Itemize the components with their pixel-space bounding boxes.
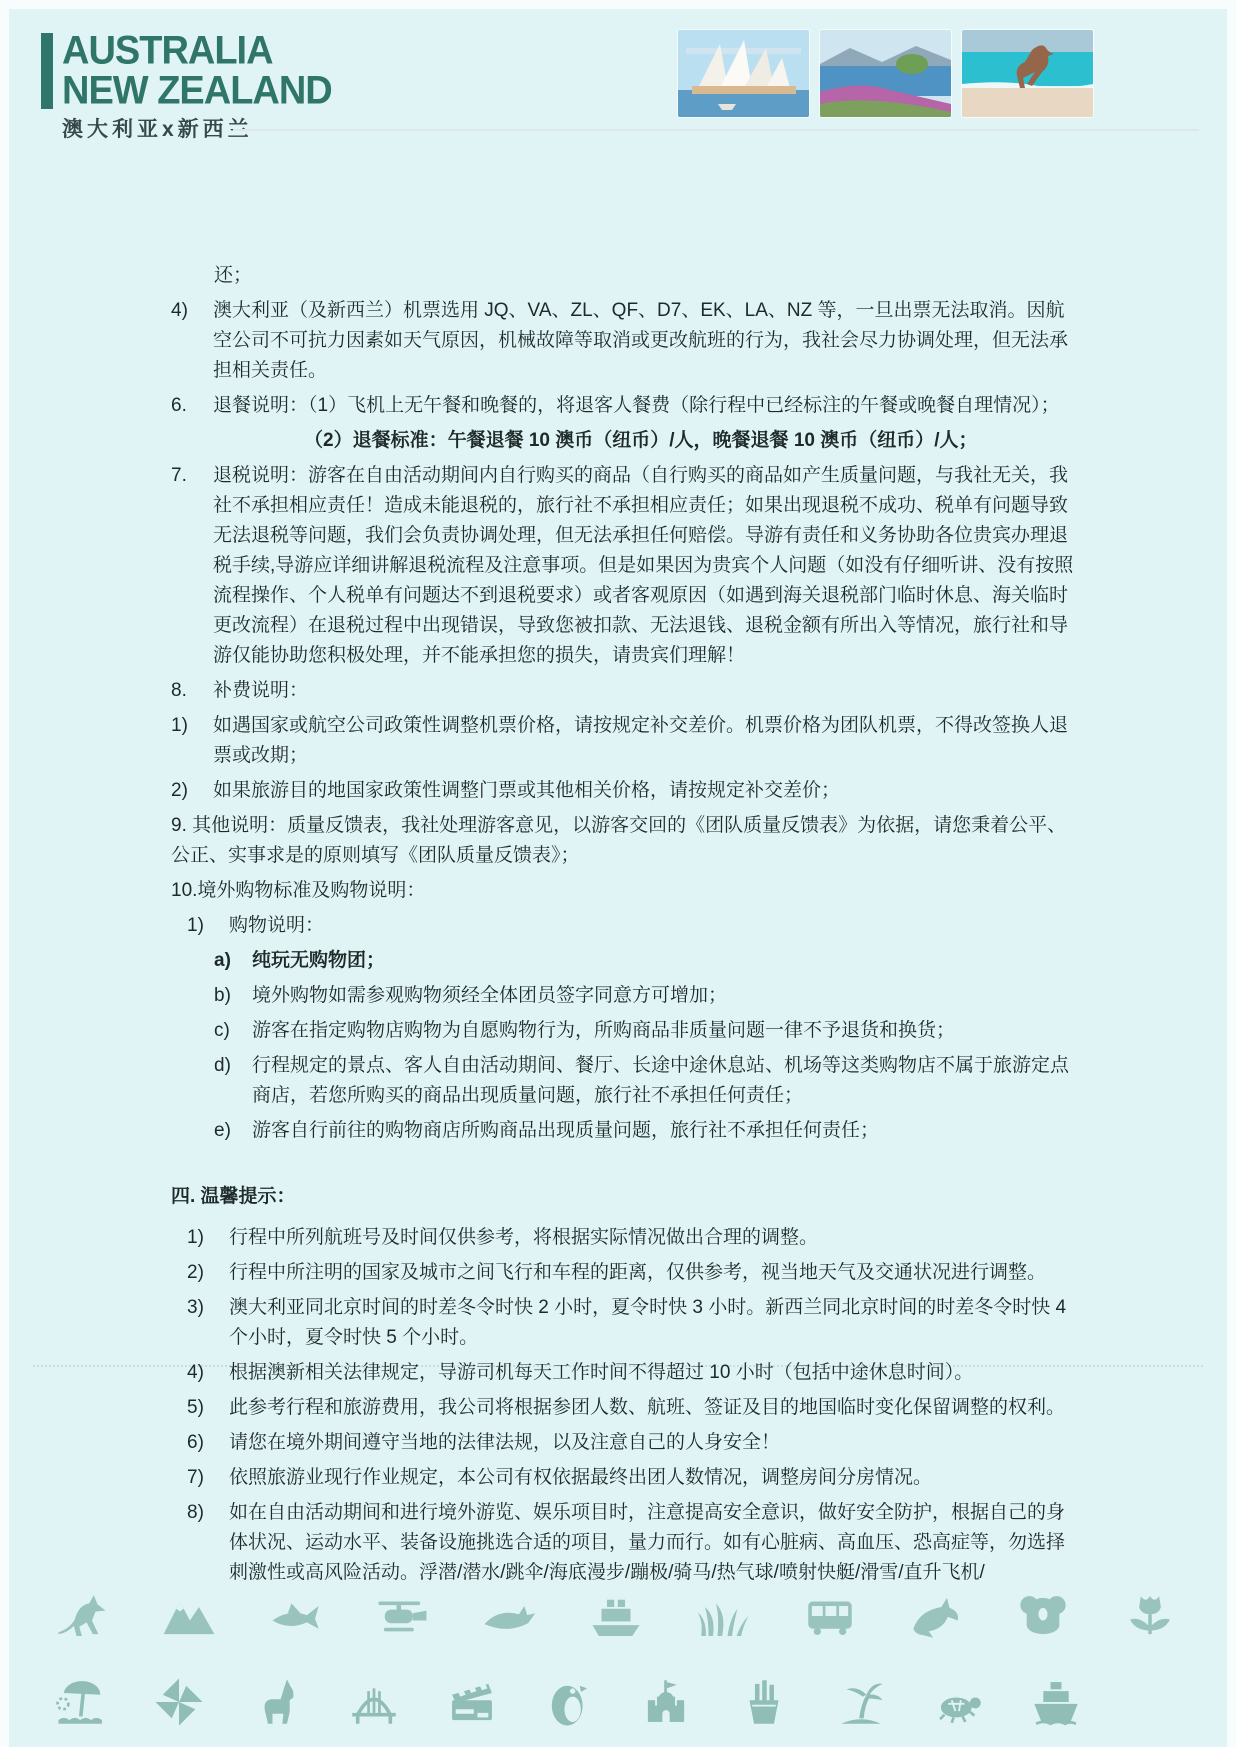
- castle-icon: [635, 1671, 697, 1733]
- penguin-icon: [538, 1671, 600, 1733]
- list-marker: 7.: [171, 461, 213, 671]
- bench-icon: [343, 1671, 405, 1733]
- list-text: 补费说明：: [213, 676, 1081, 706]
- list-text: 还；: [214, 261, 1081, 291]
- tips-list: 1)行程中所列航班号及时间仅供参考，将根据实际情况做出合理的调整。2)行程中所注…: [171, 1223, 1081, 1588]
- tips-section-title: 四. 温馨提示：: [171, 1182, 1081, 1212]
- list-marker: 2): [171, 776, 213, 806]
- terms-item-12: a)纯玩无购物团；: [171, 946, 1081, 976]
- list-marker: 2): [187, 1258, 229, 1288]
- terms-item-11: 1)购物说明：: [171, 911, 1081, 941]
- pinwheel-icon: [148, 1671, 210, 1733]
- list-marker: 3): [187, 1293, 229, 1353]
- document-page: AUSTRALIA NEW ZEALAND 澳大利亚x新西兰: [0, 0, 1236, 1747]
- terms-item-7: 1)如遇国家或航空公司政策性调整机票价格，请按规定补交差价。机票价格为团队机票，…: [171, 711, 1081, 771]
- tip-item-2: 2)行程中所注明的国家及城市之间飞行和车程的距离，仅供参考，视当地天气及交通状况…: [171, 1258, 1081, 1288]
- turtle-icon: [928, 1671, 990, 1733]
- list-marker: 7): [187, 1463, 229, 1493]
- terms-item-8: 2)如果旅游目的地国家政策性调整门票或其他相关价格，请按规定补交差价；: [171, 776, 1081, 806]
- footer-icon-row-2: [51, 1671, 1087, 1733]
- list-marker: a): [214, 946, 252, 976]
- clapperboard-icon: [441, 1671, 503, 1733]
- logo-line2: NEW ZEALAND: [62, 71, 332, 111]
- list-marker: 6): [187, 1428, 229, 1458]
- list-text: 如遇国家或航空公司政策性调整机票价格，请按规定补交差价。机票价格为团队机票，不得…: [213, 711, 1081, 771]
- document-body: 还；4)澳大利亚（及新西兰）机票选用 JQ、VA、ZL、QF、D7、EK、LA、…: [9, 261, 1227, 1593]
- terms-item-15: d)行程规定的景点、客人自由活动期间、餐厅、长途中途休息站、机场等这类购物店不属…: [171, 1051, 1081, 1111]
- list-text: 游客在指定购物店购物为自愿购物行为，所购商品非质量问题一律不予退货和换货；: [252, 1016, 1081, 1046]
- tip-item-5: 5)此参考行程和旅游费用，我公司将根据参团人数、航班、签证及目的地国临时变化保留…: [171, 1393, 1081, 1423]
- list-marker: e): [214, 1116, 252, 1146]
- terms-item-10: 10.境外购物标准及购物说明：: [171, 876, 1081, 906]
- list-text: （2）退餐标准：午餐退餐 10 澳币（纽币）/人，晚餐退餐 10 澳币（纽币）/…: [304, 426, 1081, 456]
- photo-kangaroo-on-beach: [962, 30, 1093, 117]
- tip-item-4: 4)根据澳新相关法律规定，导游司机每天工作时间不得超过 10 小时（包括中途休息…: [171, 1358, 1081, 1388]
- list-text: 退税说明：游客在自由活动期间内自行购买的商品（自行购买的商品如产生质量问题，与我…: [213, 461, 1081, 671]
- list-text: 行程规定的景点、客人自由活动期间、餐厅、长途中途休息站、机场等这类购物店不属于旅…: [252, 1051, 1081, 1111]
- kangaroo-icon: [51, 1585, 113, 1647]
- helicopter-icon: [371, 1585, 433, 1647]
- beach-umbrella-icon: [51, 1671, 113, 1733]
- list-text: 澳大利亚（及新西兰）机票选用 JQ、VA、ZL、QF、D7、EK、LA、NZ 等…: [213, 296, 1081, 386]
- list-marker: 5): [187, 1393, 229, 1423]
- header-photos: [678, 30, 1093, 117]
- terms-item-9: 9. 其他说明：质量反馈表，我社处理游客意见，以游客交回的《团队质量反馈表》为依…: [171, 811, 1081, 871]
- terms-item-3: 6.退餐说明：（1）飞机上无午餐和晚餐的，将退客人餐费（除行程中已经标注的午餐或…: [171, 391, 1081, 421]
- list-marker: d): [214, 1051, 252, 1111]
- list-text: 纯玩无购物团；: [252, 946, 1081, 976]
- list-text: 退餐说明：（1）飞机上无午餐和晚餐的，将退客人餐费（除行程中已经标注的午餐或晚餐…: [213, 391, 1081, 421]
- list-text: 如在自由活动期间和进行境外游览、娱乐项目时，注意提高安全意识，做好安全防护，根据…: [229, 1498, 1081, 1588]
- list-text: 境外购物如需参观购物须经全体团员签字同意方可增加；: [252, 981, 1081, 1011]
- terms-item-14: c)游客在指定购物店购物为自愿购物行为，所购商品非质量问题一律不予退货和换货；: [171, 1016, 1081, 1046]
- list-marker: 1): [171, 711, 213, 771]
- terms-item-13: b)境外购物如需参观购物须经全体团员签字同意方可增加；: [171, 981, 1081, 1011]
- terms-item-16: e)游客自行前往的购物商店所购商品出现质量问题，旅行社不承担任何责任；: [171, 1116, 1081, 1146]
- list-marker: 1): [187, 911, 229, 941]
- tip-item-7: 7)依照旅游业现行作业规定，本公司有权依据最终出团人数情况，调整房间分房情况。: [171, 1463, 1081, 1493]
- shark-icon: [265, 1585, 327, 1647]
- tip-item-6: 6)请您在境外期间遵守当地的法律法规，以及注意自己的人身安全！: [171, 1428, 1081, 1458]
- list-marker: 8): [187, 1498, 229, 1588]
- grass-icon: [692, 1585, 754, 1647]
- fries-icon: [733, 1671, 795, 1733]
- header-divider: [233, 129, 1199, 131]
- dolphin-icon: [905, 1585, 967, 1647]
- list-marker: 4): [187, 1358, 229, 1388]
- tip-item-3: 3)澳大利亚同北京时间的时差冬令时快 2 小时，夏令时快 3 小时。新西兰同北京…: [171, 1293, 1081, 1353]
- list-text: 请您在境外期间遵守当地的法律法规，以及注意自己的人身安全！: [229, 1428, 1081, 1458]
- koala-icon: [1012, 1585, 1074, 1647]
- list-text: 行程中所列航班号及时间仅供参考，将根据实际情况做出合理的调整。: [229, 1223, 1081, 1253]
- bus-icon: [799, 1585, 861, 1647]
- logo-wordmark: AUSTRALIA NEW ZEALAND: [62, 31, 332, 113]
- brand-logo: AUSTRALIA NEW ZEALAND: [41, 31, 332, 109]
- list-text: 如果旅游目的地国家政策性调整门票或其他相关价格，请按规定补交差价；: [213, 776, 1081, 806]
- logo-line1: AUSTRALIA: [62, 31, 332, 71]
- llama-icon: [246, 1671, 308, 1733]
- list-text: 行程中所注明的国家及城市之间飞行和车程的距离，仅供参考，视当地天气及交通状况进行…: [229, 1258, 1081, 1288]
- cruise-ship-icon: [1025, 1671, 1087, 1733]
- list-marker: 1): [187, 1223, 229, 1253]
- terms-item-2: 4)澳大利亚（及新西兰）机票选用 JQ、VA、ZL、QF、D7、EK、LA、NZ…: [171, 296, 1081, 386]
- list-text: 依照旅游业现行作业规定，本公司有权依据最终出团人数情况，调整房间分房情况。: [229, 1463, 1081, 1493]
- logo-subtitle: 澳大利亚x新西兰: [62, 113, 253, 143]
- tulip-flower-icon: [1119, 1585, 1181, 1647]
- terms-item-1: 还；: [171, 261, 1081, 291]
- list-text: 购物说明：: [229, 911, 1081, 941]
- list-text: 澳大利亚同北京时间的时差冬令时快 2 小时，夏令时快 3 小时。新西兰同北京时间…: [229, 1293, 1081, 1353]
- mountains-icon: [158, 1585, 220, 1647]
- footer-icon-row-1: [51, 1585, 1181, 1647]
- list-text: 9. 其他说明：质量反馈表，我社处理游客意见，以游客交回的《团队质量反馈表》为依…: [171, 815, 1066, 866]
- list-text: 10.境外购物标准及购物说明：: [171, 880, 425, 901]
- list-text: 此参考行程和旅游费用，我公司将根据参团人数、航班、签证及目的地国临时变化保留调整…: [229, 1393, 1081, 1423]
- terms-item-6: 8.补费说明：: [171, 676, 1081, 706]
- ferry-icon: [585, 1585, 647, 1647]
- list-text: 根据澳新相关法律规定，导游司机每天工作时间不得超过 10 小时（包括中途休息时间…: [229, 1358, 1081, 1388]
- tip-item-8: 8)如在自由活动期间和进行境外游览、娱乐项目时，注意提高安全意识，做好安全防护，…: [171, 1498, 1081, 1588]
- list-marker: 8.: [171, 676, 213, 706]
- terms-item-4: （2）退餐标准：午餐退餐 10 澳币（纽币）/人，晚餐退餐 10 澳币（纽币）/…: [171, 426, 1081, 456]
- terms-list: 还；4)澳大利亚（及新西兰）机票选用 JQ、VA、ZL、QF、D7、EK、LA、…: [171, 261, 1081, 1146]
- list-marker: 4): [171, 296, 213, 386]
- list-text: 游客自行前往的购物商店所购商品出现质量问题，旅行社不承担任何责任；: [252, 1116, 1081, 1146]
- photo-lake-lupins-landscape: [820, 30, 951, 117]
- page-header: AUSTRALIA NEW ZEALAND 澳大利亚x新西兰: [9, 9, 1227, 159]
- palm-island-icon: [830, 1671, 892, 1733]
- whale-icon: [478, 1585, 540, 1647]
- list-marker: b): [214, 981, 252, 1011]
- terms-item-5: 7.退税说明：游客在自由活动期间内自行购买的商品（自行购买的商品如产生质量问题，…: [171, 461, 1081, 671]
- list-marker: 6.: [171, 391, 213, 421]
- list-marker: c): [214, 1016, 252, 1046]
- tip-item-1: 1)行程中所列航班号及时间仅供参考，将根据实际情况做出合理的调整。: [171, 1223, 1081, 1253]
- photo-sydney-opera-house: [678, 30, 809, 117]
- logo-bar: [41, 33, 53, 109]
